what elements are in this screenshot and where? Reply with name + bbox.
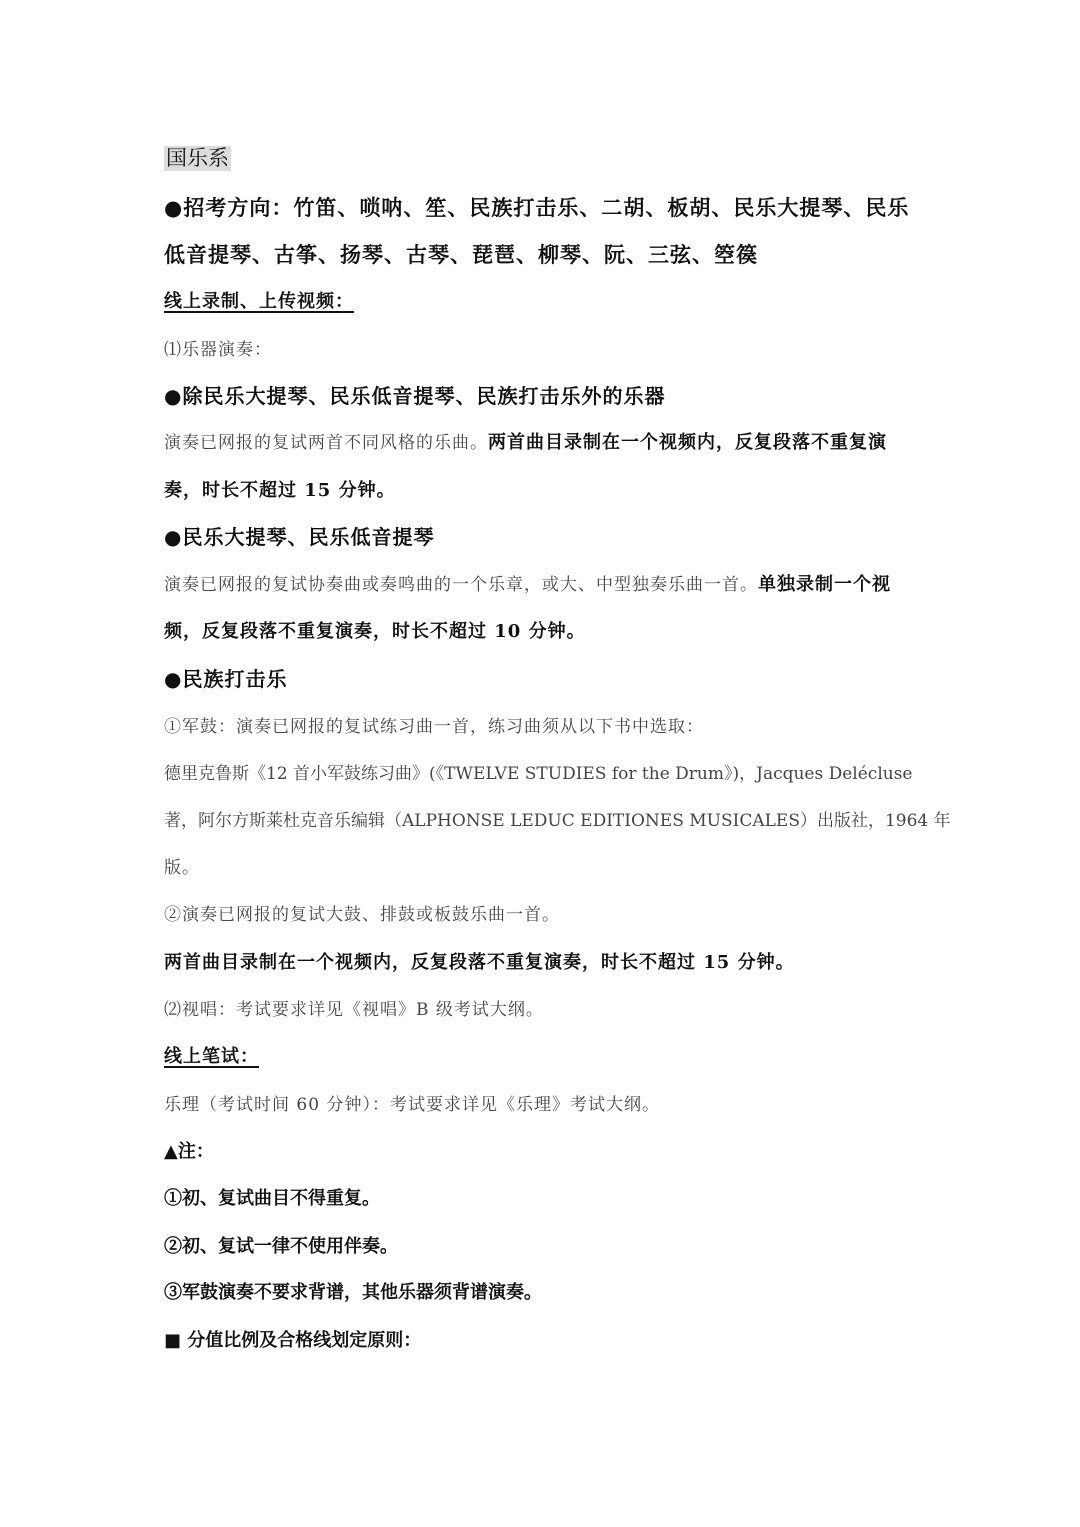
directions-line-2: 低音提琴、古筝、扬琴、古琴、琵琶、柳琴、阮、三弦、箜篌 xyxy=(164,244,758,265)
group-b-heading: ●民乐大提琴、民乐低音提琴 xyxy=(164,527,434,547)
bullet-icon: ● xyxy=(164,667,182,691)
scoring-heading-text: 分值比例及合格线划定原则： xyxy=(187,1330,421,1351)
triangle-icon: ▲ xyxy=(164,1141,178,1162)
item-2-sight-singing: ⑵视唱：考试要求详见《视唱》B 级考试大纲。 xyxy=(164,1002,544,1019)
document-page: 国乐系 ●招考方向：竹笛、唢呐、笙、民族打击乐、二胡、板胡、民乐大提琴、民乐 低… xyxy=(0,0,1080,1527)
department-title: 国乐系 xyxy=(164,146,231,171)
group-b-bold-1: 单独录制一个视 xyxy=(758,574,891,595)
group-b-heading-text: 民乐大提琴、民乐低音提琴 xyxy=(182,525,434,549)
group-a-bold-1: 两首曲目录制在一个视频内，反复段落不重复演 xyxy=(488,432,887,453)
square-icon: ■ xyxy=(164,1330,181,1351)
note-item-2: ②初、复试一律不使用伴奏。 xyxy=(164,1238,398,1256)
group-a-plain: 演奏已网报的复试两首不同风格的乐曲。 xyxy=(164,433,488,453)
bullet-icon: ● xyxy=(164,525,182,549)
group-b-text-line-2: 频，反复段落不重复演奏，时长不超过 10 分钟。 xyxy=(164,623,586,641)
directions-line-1: ●招考方向：竹笛、唢呐、笙、民族打击乐、二胡、板胡、民乐大提琴、民乐 xyxy=(164,197,909,219)
group-a-heading-text: 除民乐大提琴、民乐低音提琴、民族打击乐外的乐器 xyxy=(182,384,665,408)
item-1-label: ⑴乐器演奏： xyxy=(164,342,272,359)
note-item-3: ③军鼓演奏不要求背谱，其他乐器须背谱演奏。 xyxy=(164,1284,542,1302)
group-b-text-line-1: 演奏已网报的复试协奏曲或奏鸣曲的一个乐章，或大、中型独奏乐曲一首。单独录制一个视 xyxy=(164,576,891,594)
directions-text: 招考方向：竹笛、唢呐、笙、民族打击乐、二胡、板胡、民乐大提琴、民乐 xyxy=(183,195,909,220)
note-label: ▲注： xyxy=(164,1143,214,1161)
drum-piece-line: ②演奏已网报的复试大鼓、排鼓或板鼓乐曲一首。 xyxy=(164,907,560,924)
group-a-heading: ●除民乐大提琴、民乐低音提琴、民族打击乐外的乐器 xyxy=(164,386,665,406)
group-a-text-line-1: 演奏已网报的复试两首不同风格的乐曲。两首曲目录制在一个视频内，反复段落不重复演 xyxy=(164,434,887,452)
book-reference-line-1: 德里克鲁斯《12 首小军鼓练习曲》(《TWELVE STUDIES for th… xyxy=(164,766,913,783)
bullet-icon: ● xyxy=(164,196,183,220)
book-reference-line-2: 著，阿尔方斯莱杜克音乐编辑（ALPHONSE LEDUC EDITIONES M… xyxy=(164,813,951,830)
group-a-text-line-2: 奏，时长不超过 15 分钟。 xyxy=(164,482,396,500)
note-item-1: ①初、复试曲目不得重复。 xyxy=(164,1190,380,1208)
group-c-heading: ●民族打击乐 xyxy=(164,669,287,689)
section-heading-online-written: 线上笔试： xyxy=(164,1048,259,1066)
group-c-heading-text: 民族打击乐 xyxy=(182,667,287,691)
bullet-icon: ● xyxy=(164,384,182,408)
note-label-text: 注： xyxy=(178,1141,214,1162)
section-heading-online-record: 线上录制、上传视频： xyxy=(164,293,354,311)
music-theory-line: 乐理（考试时间 60 分钟）：考试要求详见《乐理》考试大纲。 xyxy=(164,1097,660,1114)
scoring-heading: ■ 分值比例及合格线划定原则： xyxy=(164,1332,421,1350)
book-reference-line-3: 版。 xyxy=(164,860,200,877)
snare-drum-line: ①军鼓：演奏已网报的复试练习曲一首，练习曲须从以下书中选取： xyxy=(164,719,704,736)
group-b-plain: 演奏已网报的复试协奏曲或奏鸣曲的一个乐章，或大、中型独奏乐曲一首。 xyxy=(164,575,758,595)
group-c-recording-rule: 两首曲目录制在一个视频内，反复段落不重复演奏，时长不超过 15 分钟。 xyxy=(164,954,795,972)
